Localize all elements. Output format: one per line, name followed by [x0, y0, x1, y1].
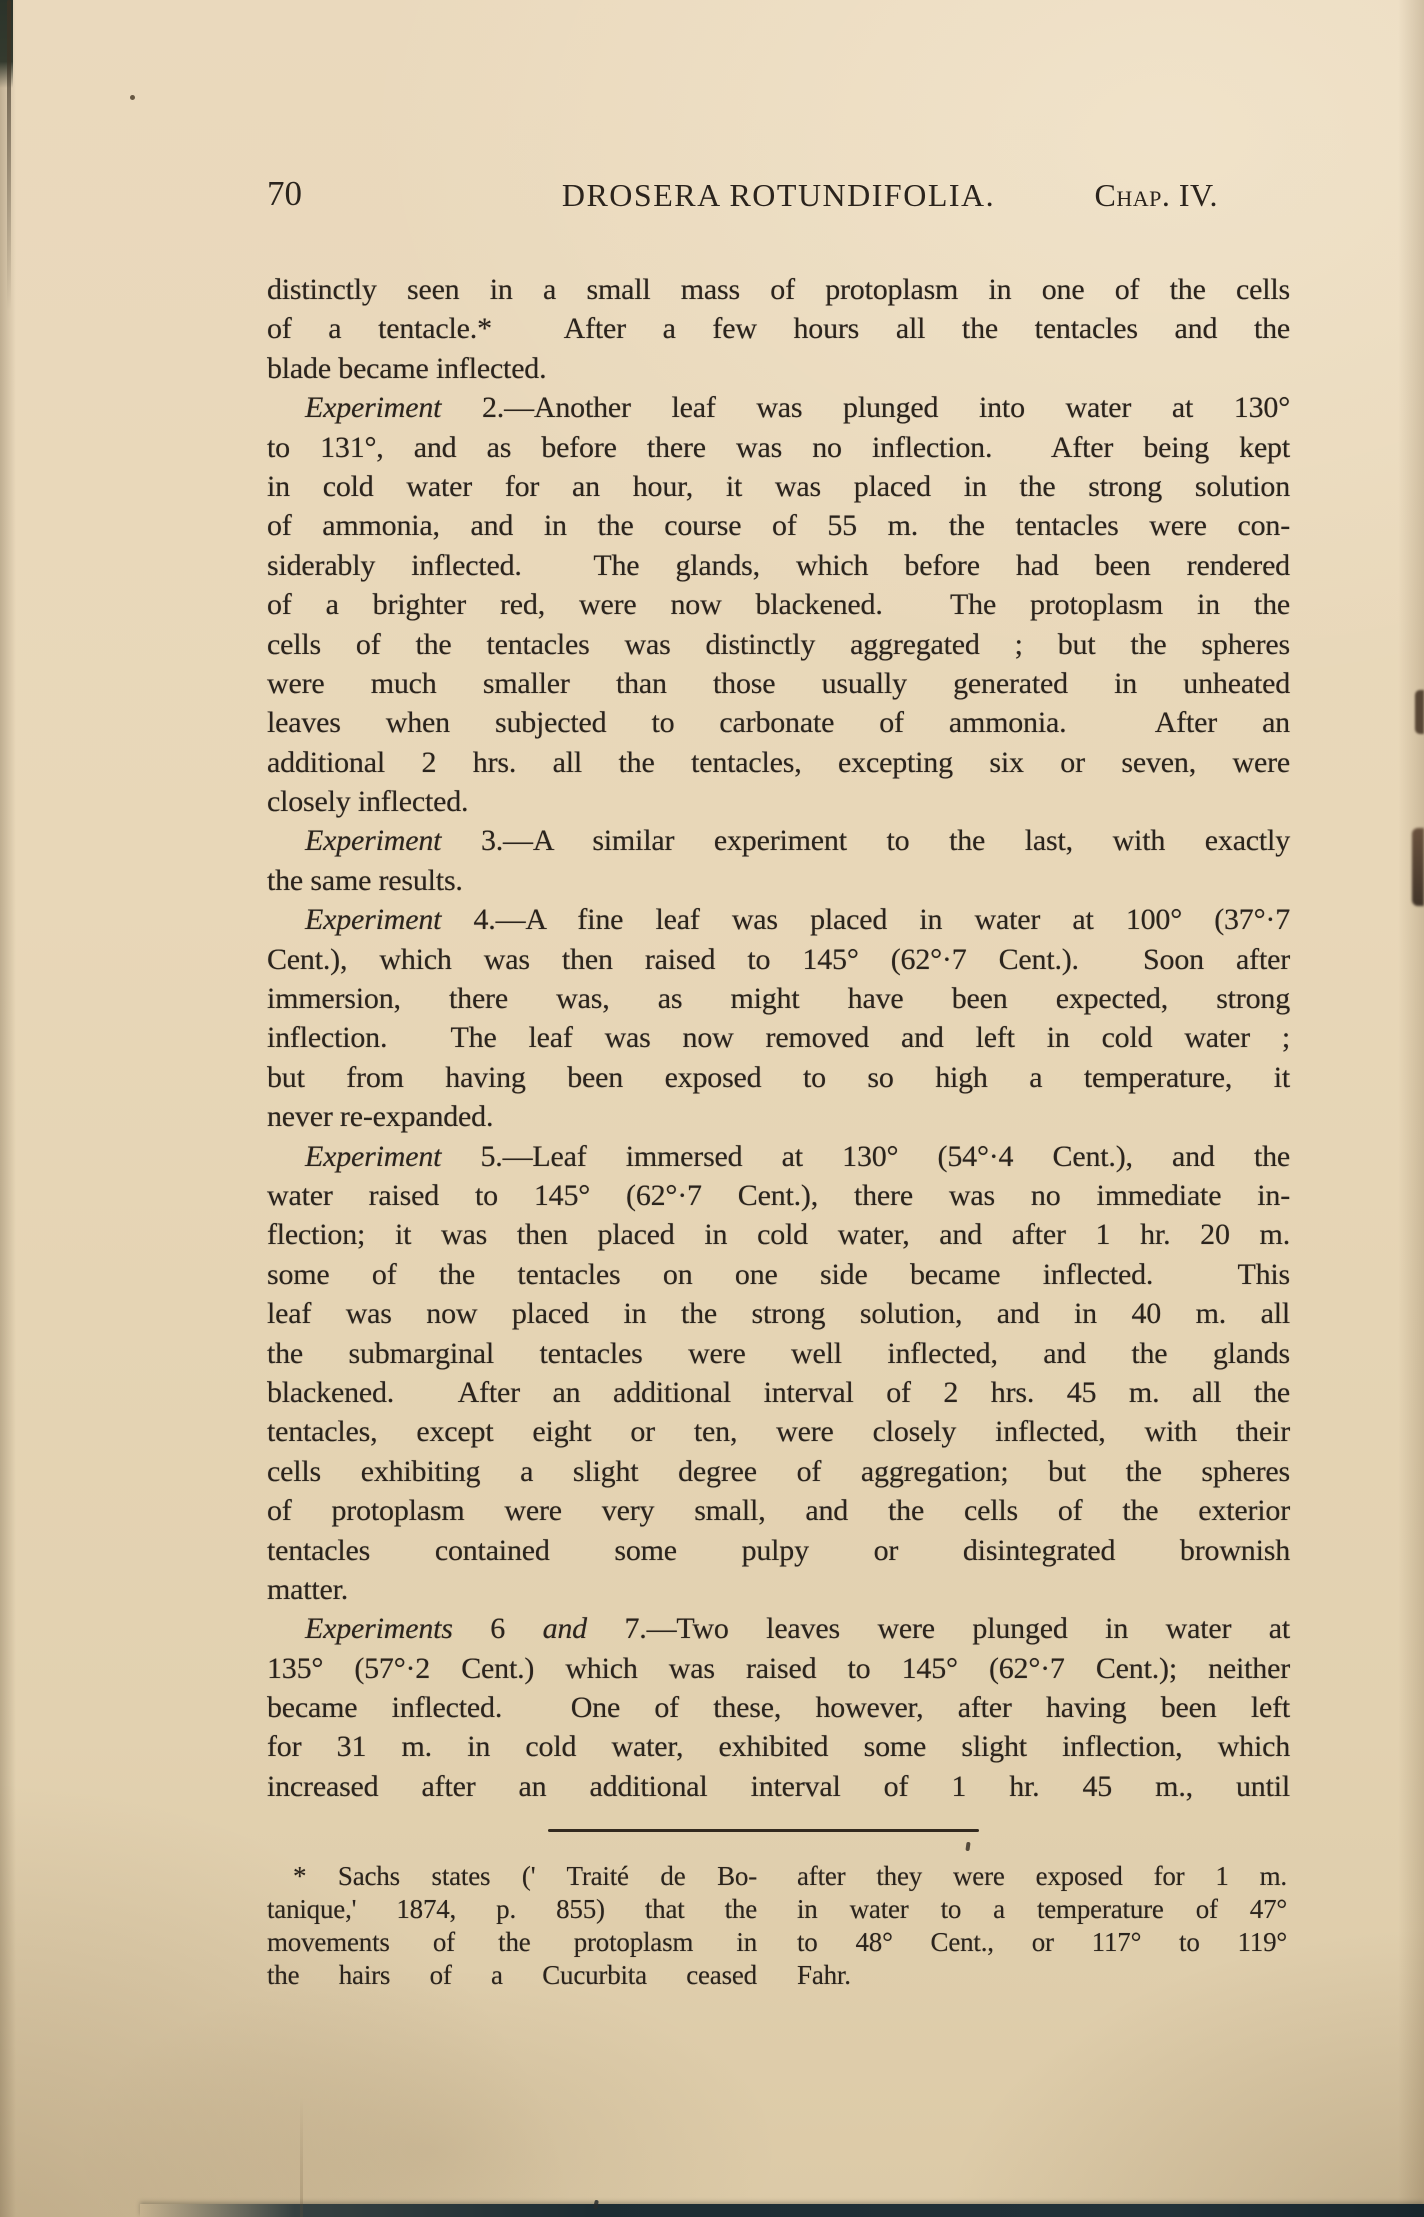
body-text-segment: became inflected. One of these, however,… — [267, 1691, 1290, 1724]
body-text-segment: matter. — [267, 1573, 348, 1606]
body-text-segment: 6 — [453, 1612, 543, 1645]
body-text-segment: blackened. After an additional interval … — [267, 1376, 1290, 1409]
body-text-segment: to 131°, and as before there was no infl… — [267, 431, 1290, 464]
text-line: closely inflected. — [267, 782, 1290, 821]
body-text-segment: the same results. — [267, 864, 463, 897]
text-line: leaf was now placed in the strong soluti… — [267, 1294, 1290, 1333]
text-line: siderably inflected. The glands, which b… — [267, 546, 1290, 585]
text-line: but from having been exposed to so high … — [267, 1058, 1290, 1097]
text-line: some of the tentacles on one side became… — [267, 1255, 1290, 1294]
page-edge-line — [7, 0, 11, 310]
footnote-line: to 48° Cent., or 117° to 119° — [797, 1926, 1287, 1959]
scan-bottom-dark-band — [140, 2204, 1424, 2217]
text-line: blackened. After an additional interval … — [267, 1373, 1290, 1412]
page-right-edge-shadow — [1398, 0, 1424, 2217]
text-line: 135° (57°·2 Cent.) which was raised to 1… — [267, 1649, 1290, 1688]
text-line: inflection. The leaf was now removed and… — [267, 1018, 1290, 1057]
text-line: of protoplasm were very small, and the c… — [267, 1491, 1290, 1530]
body-text-segment: for 31 m. in cold water, exhibited some … — [267, 1730, 1290, 1763]
footnote-line: the hairs of a Cucurbita ceased — [267, 1959, 757, 1992]
book-page: 70 DROSERA ROTUNDIFOLIA. Chap. IV. disti… — [0, 0, 1424, 2217]
body-text-segment: closely inflected. — [267, 785, 468, 818]
text-line: blade became inflected. — [267, 349, 1290, 388]
paper-crease — [300, 2097, 303, 2217]
body-text-segment: increased after an additional interval o… — [267, 1770, 1290, 1803]
text-line: to 131°, and as before there was no infl… — [267, 428, 1290, 467]
italic-text: Experiments — [305, 1612, 453, 1645]
text-line: Cent.), which was then raised to 145° (6… — [267, 940, 1290, 979]
body-text-segment: blade became inflected. — [267, 352, 546, 385]
text-line: in cold water for an hour, it was placed… — [267, 467, 1290, 506]
ink-smudge-right-edge — [1412, 828, 1424, 906]
footnote-line: * Sachs states (' Traité de Bo- — [267, 1860, 757, 1893]
italic-text: and — [543, 1612, 587, 1645]
body-text-segment: of ammonia, and in the course of 55 m. t… — [267, 509, 1290, 542]
body-text-segment: but from having been exposed to so high … — [267, 1061, 1290, 1094]
body-text-segment: of a brighter red, were now blackened. T… — [267, 588, 1290, 621]
text-line: of ammonia, and in the course of 55 m. t… — [267, 506, 1290, 545]
text-line: the submarginal tentacles were well infl… — [267, 1334, 1290, 1373]
text-line: of a brighter red, were now blackened. T… — [267, 585, 1290, 624]
body-text-segment: distinctly seen in a small mass of proto… — [267, 273, 1290, 306]
body-text-segment: tentacles, except eight or ten, were clo… — [267, 1415, 1290, 1448]
body-text-segment: water raised to 145° (62°·7 Cent.), ther… — [267, 1179, 1290, 1212]
body-text-segment: 4.—A fine leaf was placed in water at 10… — [441, 903, 1290, 936]
ink-mark-right-edge — [1415, 690, 1424, 734]
body-text-segment: additional 2 hrs. all the tentacles, exc… — [267, 746, 1290, 779]
body-text-segment: of a tentacle.* After a few hours all th… — [267, 312, 1290, 345]
chapter-label: Chap. IV. — [1095, 178, 1219, 212]
body-text-segment: Cent.), which was then raised to 145° (6… — [267, 943, 1290, 976]
text-line: became inflected. One of these, however,… — [267, 1688, 1290, 1727]
footnote-line: in water to a temperature of 47° — [797, 1893, 1287, 1926]
text-line: Experiment 3.—A similar experiment to th… — [267, 821, 1290, 860]
footnote-line: Fahr. — [797, 1959, 1287, 1992]
footnote-line: after they were exposed for 1 m. — [797, 1860, 1287, 1893]
body-text-segment: tentacles contained some pulpy or disint… — [267, 1534, 1290, 1567]
text-line: water raised to 145° (62°·7 Cent.), ther… — [267, 1176, 1290, 1215]
body-text-segment: siderably inflected. The glands, which b… — [267, 549, 1290, 582]
italic-text: Experiment — [305, 824, 441, 857]
body-text-segment: flection; it was then placed in cold wat… — [267, 1218, 1290, 1251]
text-line: flection; it was then placed in cold wat… — [267, 1215, 1290, 1254]
text-line: Experiment 4.—A fine leaf was placed in … — [267, 900, 1290, 939]
italic-text: Experiment — [305, 391, 441, 424]
body-text-segment: of protoplasm were very small, and the c… — [267, 1494, 1290, 1527]
text-line: increased after an additional interval o… — [267, 1767, 1290, 1806]
text-line: the same results. — [267, 861, 1290, 900]
body-text-segment: inflection. The leaf was now removed and… — [267, 1021, 1290, 1054]
italic-text: Experiment — [305, 1140, 441, 1173]
body-text-segment: the submarginal tentacles were well infl… — [267, 1337, 1290, 1370]
body-text-segment: were much smaller than those usually gen… — [267, 667, 1290, 700]
text-line: Experiment 2.—Another leaf was plunged i… — [267, 388, 1290, 427]
text-line: were much smaller than those usually gen… — [267, 664, 1290, 703]
text-line: immersion, there was, as might have been… — [267, 979, 1290, 1018]
text-line: tentacles, except eight or ten, were clo… — [267, 1412, 1290, 1451]
page-left-edge-shadow — [0, 0, 16, 2217]
body-text-segment: in cold water for an hour, it was placed… — [267, 470, 1290, 503]
text-line: Experiments 6 and 7.—Two leaves were plu… — [267, 1609, 1290, 1648]
footnote-column-left: * Sachs states (' Traité de Bo-tanique,'… — [267, 1860, 757, 1992]
body-text-segment: 7.—Two leaves were plunged in water at — [587, 1612, 1290, 1645]
body-text-segment: immersion, there was, as might have been… — [267, 982, 1290, 1015]
body-text-segment: never re-expanded. — [267, 1100, 493, 1133]
body-text-segment: 2.—Another leaf was plunged into water a… — [441, 391, 1290, 424]
text-line: cells exhibiting a slight degree of aggr… — [267, 1452, 1290, 1491]
footnote-column-right: after they were exposed for 1 m.in water… — [797, 1860, 1287, 1992]
ink-speck — [130, 95, 135, 100]
ink-speck — [965, 1842, 970, 1851]
body-text-segment: leaf was now placed in the strong soluti… — [267, 1297, 1290, 1330]
text-line: tentacles contained some pulpy or disint… — [267, 1531, 1290, 1570]
body-text-segment: 5.—Leaf immersed at 130° (54°·4 Cent.), … — [441, 1140, 1290, 1173]
page-header: 70 DROSERA ROTUNDIFOLIA. Chap. IV. — [267, 176, 1290, 216]
text-line: distinctly seen in a small mass of proto… — [267, 270, 1290, 309]
body-text: distinctly seen in a small mass of proto… — [267, 270, 1290, 1806]
body-text-segment: 135° (57°·2 Cent.) which was raised to 1… — [267, 1652, 1290, 1685]
body-text-segment: leaves when subjected to carbonate of am… — [267, 706, 1290, 739]
text-line: Experiment 5.—Leaf immersed at 130° (54°… — [267, 1137, 1290, 1176]
text-line: leaves when subjected to carbonate of am… — [267, 703, 1290, 742]
body-text-segment: some of the tentacles on one side became… — [267, 1258, 1290, 1291]
text-line: cells of the tentacles was distinctly ag… — [267, 625, 1290, 664]
text-line: never re-expanded. — [267, 1097, 1290, 1136]
italic-text: Experiment — [305, 903, 441, 936]
footnote-line: tanique,' 1874, p. 855) that the — [267, 1893, 757, 1926]
text-line: additional 2 hrs. all the tentacles, exc… — [267, 743, 1290, 782]
body-text-segment: cells of the tentacles was distinctly ag… — [267, 628, 1290, 661]
body-text-segment: 3.—A similar experiment to the last, wit… — [441, 824, 1290, 857]
footnote-separator-rule — [548, 1829, 979, 1832]
body-text-segment: cells exhibiting a slight degree of aggr… — [267, 1455, 1290, 1488]
text-line: for 31 m. in cold water, exhibited some … — [267, 1727, 1290, 1766]
footnote-line: movements of the protoplasm in — [267, 1926, 757, 1959]
text-line: matter. — [267, 1570, 1290, 1609]
text-line: of a tentacle.* After a few hours all th… — [267, 309, 1290, 348]
